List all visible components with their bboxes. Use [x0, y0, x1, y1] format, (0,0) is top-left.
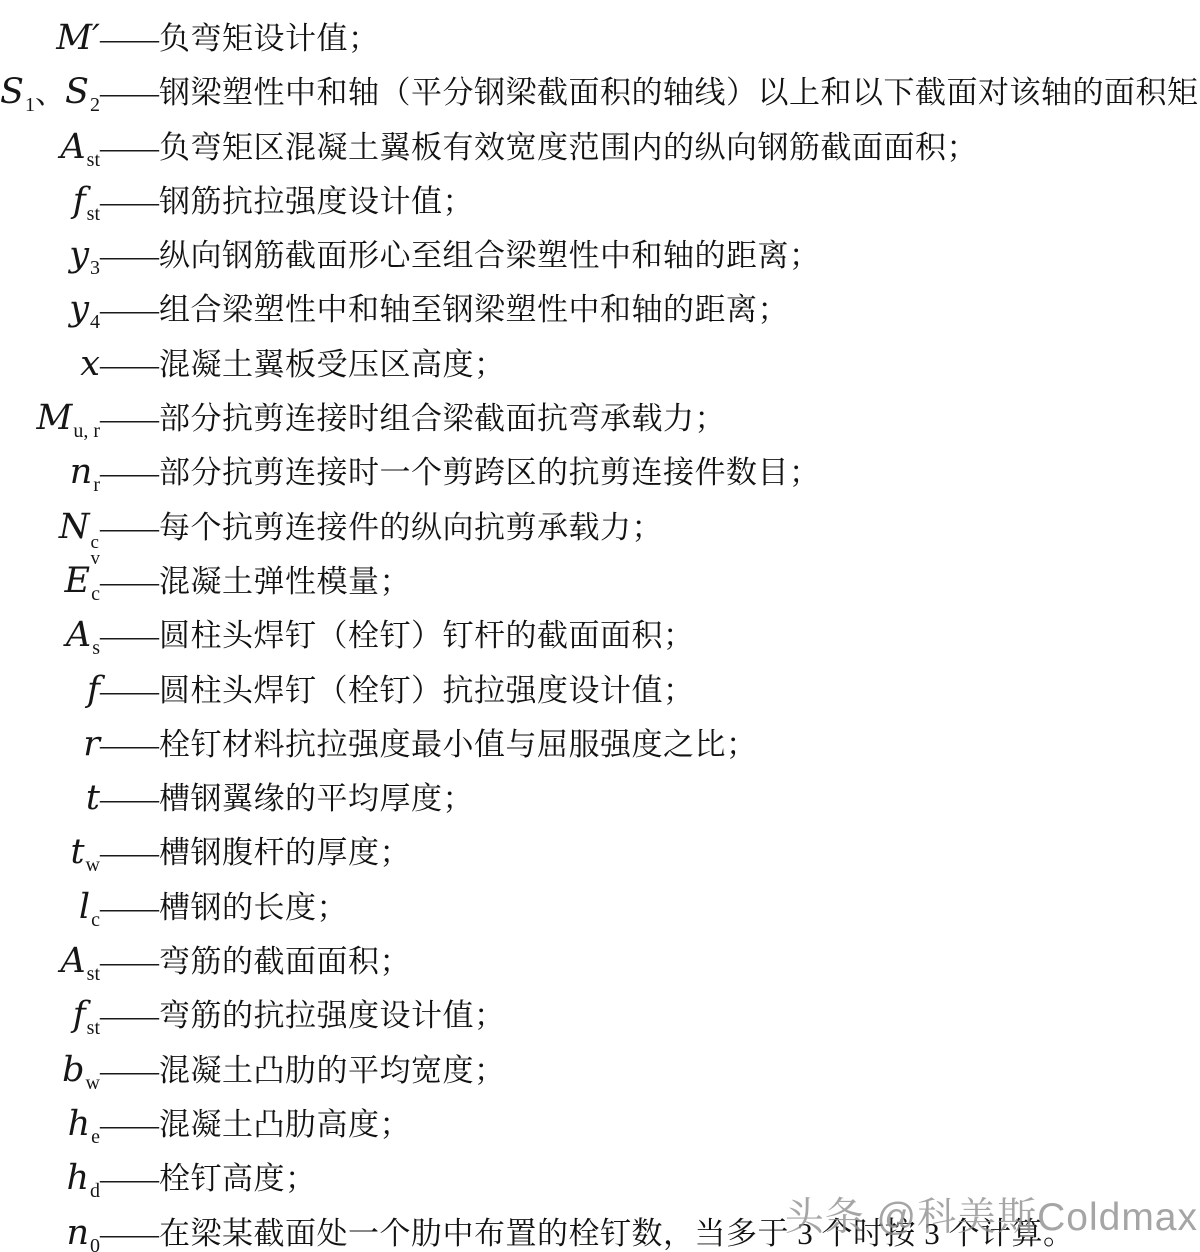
dash-separator: ——: [100, 184, 156, 220]
symbol-base: x: [80, 344, 100, 384]
symbol-base: S: [65, 72, 89, 112]
symbol-base: f: [87, 670, 100, 710]
symbol: S1、S2: [0, 74, 100, 115]
symbol-subscript: 1: [25, 94, 35, 116]
dash-separator: ——: [100, 564, 156, 600]
definition-row: Ncv——每个抗剪连接件的纵向抗剪承载力；: [0, 492, 1200, 546]
dash-separator: ——: [100, 401, 156, 437]
symbol-subscript: st: [87, 203, 100, 225]
dash-separator: ——: [100, 890, 156, 926]
symbol: bw: [0, 1052, 100, 1093]
definition-text: 槽钢的长度；: [159, 882, 348, 927]
symbol-base: A: [66, 615, 91, 655]
symbol-base: n: [66, 1213, 89, 1252]
definition-text: 组合梁塑性中和轴至钢梁塑性中和轴的距离；: [159, 284, 789, 329]
definition-row: x——混凝土翼板受压区高度；: [0, 329, 1200, 383]
definition-text: 圆柱头焊钉（栓钉）钉杆的截面面积；: [159, 610, 695, 655]
definition-row: S1、S2——钢梁塑性中和轴（平分钢梁截面积的轴线）以上和以下截面对该轴的面积矩…: [0, 57, 1200, 111]
symbol-subscript: st: [87, 963, 100, 985]
symbol-base: t: [70, 832, 84, 872]
symbol: fst: [0, 997, 100, 1038]
symbol: y4: [0, 291, 100, 332]
symbol-base: N: [59, 507, 90, 547]
symbol-subscript: w: [86, 854, 100, 876]
definition-row: Ast——负弯矩区混凝土翼板有效宽度范围内的纵向钢筋截面面积；: [0, 112, 1200, 166]
symbol-base: E: [65, 561, 91, 601]
symbol: M′: [0, 20, 100, 56]
symbol: Ast: [0, 943, 100, 984]
symbol-base: f: [73, 181, 86, 221]
symbol: As: [0, 617, 100, 658]
dash-separator: ——: [100, 347, 156, 383]
symbol-base: l: [79, 887, 90, 927]
definition-row: Ast——弯筋的截面面积；: [0, 926, 1200, 980]
symbol-subscript: st: [87, 1017, 100, 1039]
definition-row: f——圆柱头焊钉（栓钉）抗拉强度设计值；: [0, 655, 1200, 709]
symbol-base: b: [62, 1050, 84, 1090]
symbol-subscript: 3: [90, 257, 100, 279]
definition-text: 混凝土弹性模量；: [159, 556, 411, 601]
symbol: Ast: [0, 129, 100, 170]
definition-text: 槽钢腹杆的厚度；: [159, 827, 411, 872]
symbol: Mu, r: [0, 400, 100, 441]
definition-row: t——槽钢翼缘的平均厚度；: [0, 763, 1200, 817]
definition-row: he——混凝土凸肋高度；: [0, 1089, 1200, 1143]
symbol-subscript: c: [91, 909, 100, 931]
dash-separator: ——: [100, 75, 156, 111]
definition-row: Mu, r——部分抗剪连接时组合梁截面抗弯承载力；: [0, 383, 1200, 437]
definition-text: 圆柱头焊钉（栓钉）抗拉强度设计值；: [159, 665, 695, 710]
dash-separator: ——: [100, 238, 156, 274]
definition-row: fst——弯筋的抗拉强度设计值；: [0, 980, 1200, 1034]
symbol: f: [0, 672, 100, 708]
definition-text: 纵向钢筋截面形心至组合梁塑性中和轴的距离；: [159, 230, 821, 275]
symbol: Ncv: [0, 509, 100, 567]
definition-text: 槽钢翼缘的平均厚度；: [159, 773, 474, 818]
dash-separator: ——: [100, 835, 156, 871]
symbol-subscript: 4: [90, 311, 100, 333]
definition-text: 每个抗剪连接件的纵向抗剪承载力；: [159, 502, 663, 547]
dash-separator: ——: [100, 455, 156, 491]
dash-separator: ——: [100, 1107, 156, 1143]
dash-separator: ——: [100, 1053, 156, 1089]
dash-separator: ——: [100, 1216, 156, 1252]
symbol-subscript: u, r: [73, 420, 100, 442]
definition-row: fst——钢筋抗拉强度设计值；: [0, 166, 1200, 220]
symbol: x: [0, 346, 100, 382]
symbol-subscript: s: [92, 637, 100, 659]
definition-row: As——圆柱头焊钉（栓钉）钉杆的截面面积；: [0, 600, 1200, 654]
definition-text: 负弯矩区混凝土翼板有效宽度范围内的纵向钢筋截面面积；: [159, 122, 978, 167]
symbol: nr: [0, 454, 100, 495]
dash-separator: ——: [100, 130, 156, 166]
symbol-base: A: [60, 941, 85, 981]
definition-row: y3——纵向钢筋截面形心至组合梁塑性中和轴的距离；: [0, 220, 1200, 274]
symbol-subscript: d: [90, 1180, 100, 1202]
definition-text: 混凝土凸肋高度；: [159, 1099, 411, 1144]
symbol-subscript: 2: [90, 94, 100, 116]
symbol-base: M′: [56, 18, 100, 58]
definition-text: 部分抗剪连接时组合梁截面抗弯承载力；: [159, 393, 726, 438]
watermark: 头条 @科美斯Coldmax: [785, 1186, 1198, 1242]
symbol-base: S: [0, 72, 24, 112]
symbol-base: t: [86, 778, 100, 818]
symbol: y3: [0, 237, 100, 278]
symbol-base: A: [60, 127, 85, 167]
definition-text: 钢筋抗拉强度设计值；: [159, 176, 474, 221]
definition-text: 混凝土翼板受压区高度；: [159, 339, 506, 384]
dash-separator: ——: [100, 727, 156, 763]
symbol-base: h: [66, 1158, 89, 1198]
definition-row: Ec——混凝土弹性模量；: [0, 546, 1200, 600]
definition-row: M′——负弯矩设计值；: [0, 3, 1200, 57]
symbol-definition-list: M′——负弯矩设计值；S1、S2——钢梁塑性中和轴（平分钢梁截面积的轴线）以上和…: [0, 3, 1200, 1252]
symbol: tw: [0, 834, 100, 875]
symbol-subscript: c: [91, 583, 100, 605]
dash-separator: ——: [100, 998, 156, 1034]
dash-separator: ——: [100, 618, 156, 654]
symbol-base: f: [73, 995, 86, 1035]
definition-row: y4——组合梁塑性中和轴至钢梁塑性中和轴的距离；: [0, 274, 1200, 328]
definition-text: 部分抗剪连接时一个剪跨区的抗剪连接件数目；: [159, 447, 821, 492]
symbol-subscript: e: [91, 1126, 100, 1148]
symbol: n0: [0, 1215, 100, 1252]
dash-separator: ——: [100, 510, 156, 546]
dash-separator: ——: [100, 781, 156, 817]
symbol-subscript: 0: [90, 1235, 100, 1252]
dash-separator: ——: [100, 944, 156, 980]
dash-separator: ——: [100, 1161, 156, 1197]
definition-text: 弯筋的截面面积；: [159, 936, 411, 981]
definition-row: lc——槽钢的长度；: [0, 872, 1200, 926]
symbol-base: r: [83, 724, 100, 764]
symbol-separator: 、: [35, 77, 65, 110]
symbol: lc: [0, 889, 100, 930]
symbol-subscript: st: [87, 149, 100, 171]
definition-text: 栓钉高度；: [159, 1153, 317, 1198]
definition-text: 弯筋的抗拉强度设计值；: [159, 990, 506, 1035]
definition-row: bw——混凝土凸肋的平均宽度；: [0, 1035, 1200, 1089]
sup-sub-stack: cv: [91, 535, 101, 567]
definition-text: 栓钉材料抗拉强度最小值与屈服强度之比；: [159, 719, 758, 764]
definition-row: r——栓钉材料抗拉强度最小值与屈服强度之比；: [0, 709, 1200, 763]
symbol-subscript: w: [86, 1072, 100, 1094]
dash-separator: ——: [100, 673, 156, 709]
definition-row: tw——槽钢腹杆的厚度；: [0, 817, 1200, 871]
symbol-base: y: [69, 235, 89, 275]
symbol: r: [0, 726, 100, 762]
symbol-base: y: [69, 289, 89, 329]
symbol-base: n: [70, 452, 93, 492]
dash-separator: ——: [100, 21, 156, 57]
definition-text: 负弯矩设计值；: [159, 13, 380, 58]
document-page: M′——负弯矩设计值；S1、S2——钢梁塑性中和轴（平分钢梁截面积的轴线）以上和…: [0, 0, 1200, 1252]
dash-separator: ——: [100, 292, 156, 328]
definition-text: 混凝土凸肋的平均宽度；: [159, 1045, 506, 1090]
definition-text: 钢梁塑性中和轴（平分钢梁截面积的轴线）以上和以下截面对该轴的面积矩；: [159, 67, 1200, 112]
symbol: fst: [0, 183, 100, 224]
symbol-base: M: [36, 398, 72, 438]
symbol: Ec: [0, 563, 100, 604]
definition-row: nr——部分抗剪连接时一个剪跨区的抗剪连接件数目；: [0, 437, 1200, 491]
symbol-subscript: r: [93, 474, 100, 496]
symbol: t: [0, 780, 100, 816]
symbol-base: h: [68, 1104, 91, 1144]
symbol: he: [0, 1106, 100, 1147]
symbol: hd: [0, 1160, 100, 1201]
